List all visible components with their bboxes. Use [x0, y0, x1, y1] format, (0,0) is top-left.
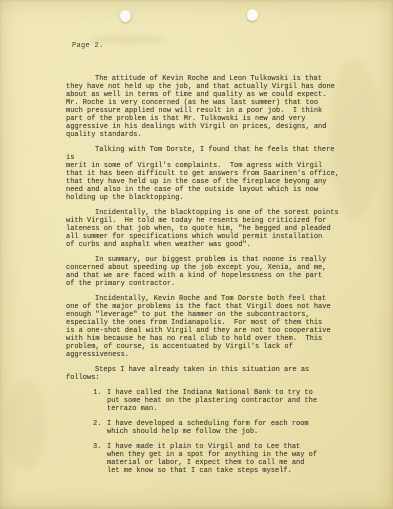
list-item: 1. I have called the Indiana National Ba…	[93, 389, 340, 413]
paragraph-summary: In summary, our biggest problem is that …	[66, 256, 340, 288]
list-item: 2. I have developed a scheduling form fo…	[93, 420, 340, 436]
list-item-text: I have made it plain to Virgil and to Le…	[107, 443, 340, 475]
paper-smudge	[6, 380, 46, 470]
page-number-label: Page 2.	[72, 42, 104, 50]
list-item-text: I have called the Indiana National Bank …	[107, 389, 340, 413]
list-item-text: I have developed a scheduling form for e…	[107, 420, 340, 436]
punch-hole-right	[246, 8, 259, 21]
paragraph-steps-intro: Steps I have already taken in this situa…	[66, 366, 340, 382]
paragraph-blacktopping: Incidentally, the blacktopping is one of…	[66, 209, 340, 249]
steps-list: 1. I have called the Indiana National Ba…	[93, 389, 340, 475]
list-item-number: 2.	[93, 420, 107, 436]
paragraph-attitude: The attitude of Kevin Roche and Leon Tul…	[66, 75, 340, 139]
punch-hole-left	[119, 9, 132, 23]
document-body: The attitude of Kevin Roche and Leon Tul…	[66, 75, 340, 482]
list-item-number: 1.	[93, 389, 107, 413]
document-page: Page 2. The attitude of Kevin Roche and …	[0, 0, 393, 509]
paragraph-talking-with-dorste: Talking with Tom Dorste, I found that he…	[66, 146, 340, 202]
list-item: 3. I have made it plain to Virgil and to…	[93, 443, 340, 475]
list-item-number: 3.	[93, 443, 107, 475]
paragraph-leverage: Incidentally, Kevin Roche and Tom Dorste…	[66, 295, 340, 359]
